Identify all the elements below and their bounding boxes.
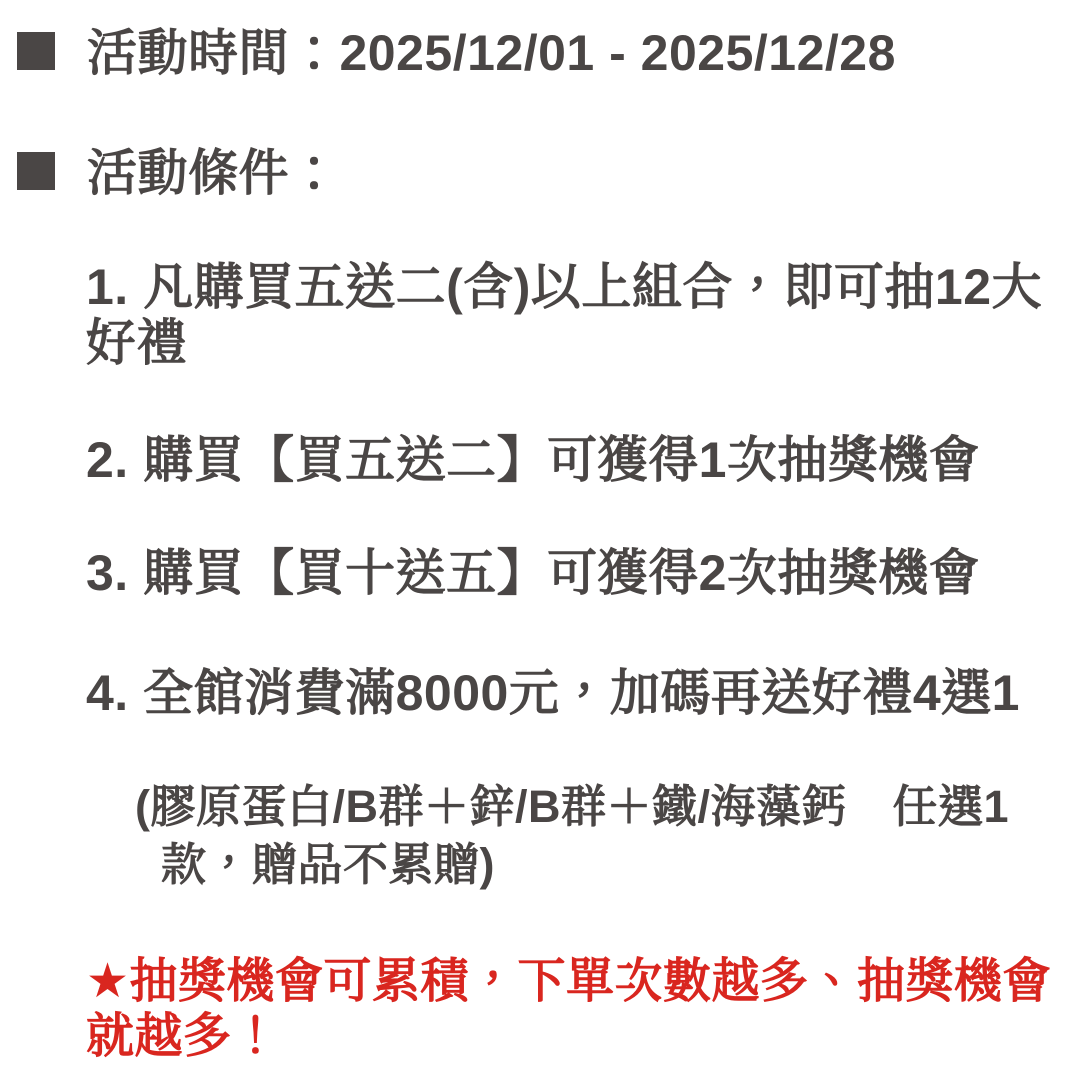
square-bullet-icon bbox=[17, 152, 55, 190]
conditions-heading-row: 活動條件： bbox=[17, 145, 340, 201]
square-bullet-icon bbox=[17, 32, 55, 70]
event-time-label: 活動時間： bbox=[87, 25, 340, 81]
condition-item-2: 2. 購買【買五送二】可獲得1次抽獎機會 bbox=[86, 432, 979, 488]
promo-terms-poster: 活動時間：2025/12/01 - 2025/12/28 活動條件： 1. 凡購… bbox=[0, 0, 1080, 1080]
event-time-text: 活動時間：2025/12/01 - 2025/12/28 bbox=[87, 25, 896, 81]
gift-choice-note: (膠原蛋白/B群＋鋅/B群＋鐵/海藻鈣 任選1 款，贈品不累贈) bbox=[135, 778, 1009, 894]
condition-item-1: 1. 凡購買五送二(含)以上組合，即可抽12大 好禮 bbox=[86, 259, 1042, 371]
lottery-accumulate-highlight: ★抽獎機會可累積，下單次數越多、抽獎機會 就越多！ bbox=[86, 954, 1051, 1064]
condition-item-3: 3. 購買【買十送五】可獲得2次抽獎機會 bbox=[86, 545, 979, 601]
event-time-value: 2025/12/01 - 2025/12/28 bbox=[340, 25, 896, 81]
condition-item-4: 4. 全館消費滿8000元，加碼再送好禮4選1 bbox=[86, 665, 1020, 721]
conditions-heading-label: 活動條件： bbox=[87, 145, 340, 201]
event-time-row: 活動時間：2025/12/01 - 2025/12/28 bbox=[17, 25, 896, 81]
